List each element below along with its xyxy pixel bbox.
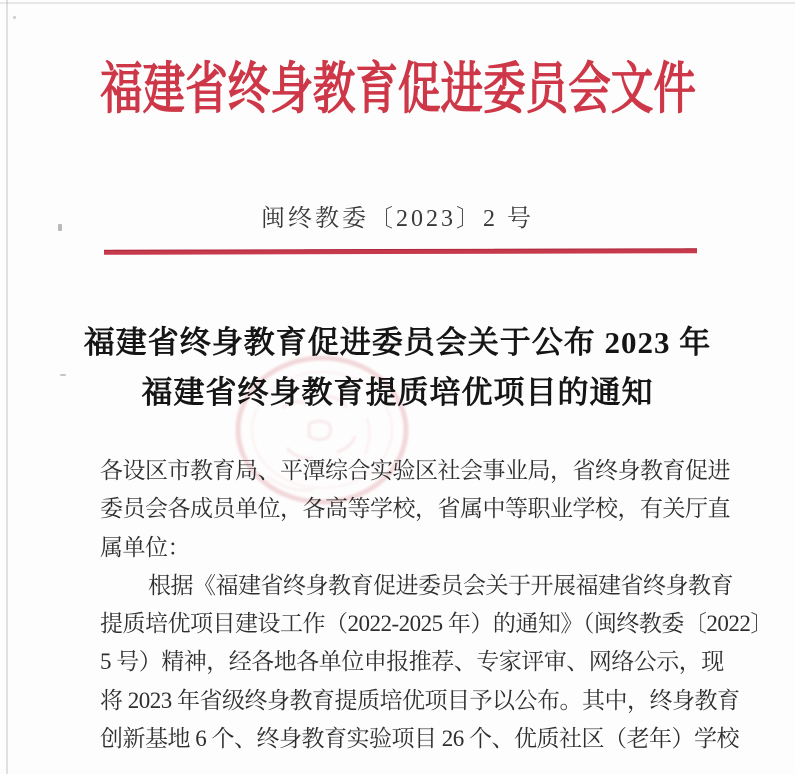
body-line: 将 2023 年省级终身教育提质培优项目予以公布。其中，终身教育 — [100, 682, 712, 720]
body-line: 创新基地 6 个、终身教育实验项目 26 个、优质社区（老年）学校 — [100, 720, 712, 758]
document-body: 各设区市教育局、平潭综合实验区社会事业局，省终身教育促进 委员会各成员单位，各高… — [100, 452, 712, 758]
body-line: 提质培优项目建设工作（2022-2025 年）的通知》（闽终教委〔2022〕 — [100, 605, 712, 643]
body-line: 5 号）精神，经各地各单位申报推荐、专家评审、网络公示，现 — [100, 643, 712, 681]
body-line: 委员会各成员单位，各高等学校，省属中等职业学校，有关厅直 — [100, 490, 712, 528]
document-title-line1: 福建省终身教育促进委员会关于公布 2023 年 — [0, 318, 795, 368]
letterhead-title-text: 福建省终身教育促进委员会文件 — [100, 54, 696, 126]
scan-speck — [13, 16, 16, 19]
document-title: 福建省终身教育促进委员会关于公布 2023 年 福建省终身教育提质培优项目的通知 — [0, 318, 795, 418]
red-separator-rule — [104, 248, 697, 255]
document-title-line2: 福建省终身教育提质培优项目的通知 — [0, 368, 795, 418]
scan-edge-top — [0, 2, 795, 4]
letterhead-title: 福建省终身教育促进委员会文件 — [0, 54, 795, 126]
document-number: 闽终教委〔2023〕2 号 — [0, 203, 795, 235]
body-line: 属单位： — [100, 529, 712, 567]
body-line: 各设区市教育局、平潭综合实验区社会事业局，省终身教育促进 — [100, 452, 712, 490]
scanned-official-document: 福建省终身教育促进委员会文件 闽终教委〔2023〕2 号 福建省终身教育促进委员… — [0, 0, 795, 774]
body-line: 根据《福建省终身教育促进委员会关于开展福建省终身教育 — [100, 567, 712, 605]
